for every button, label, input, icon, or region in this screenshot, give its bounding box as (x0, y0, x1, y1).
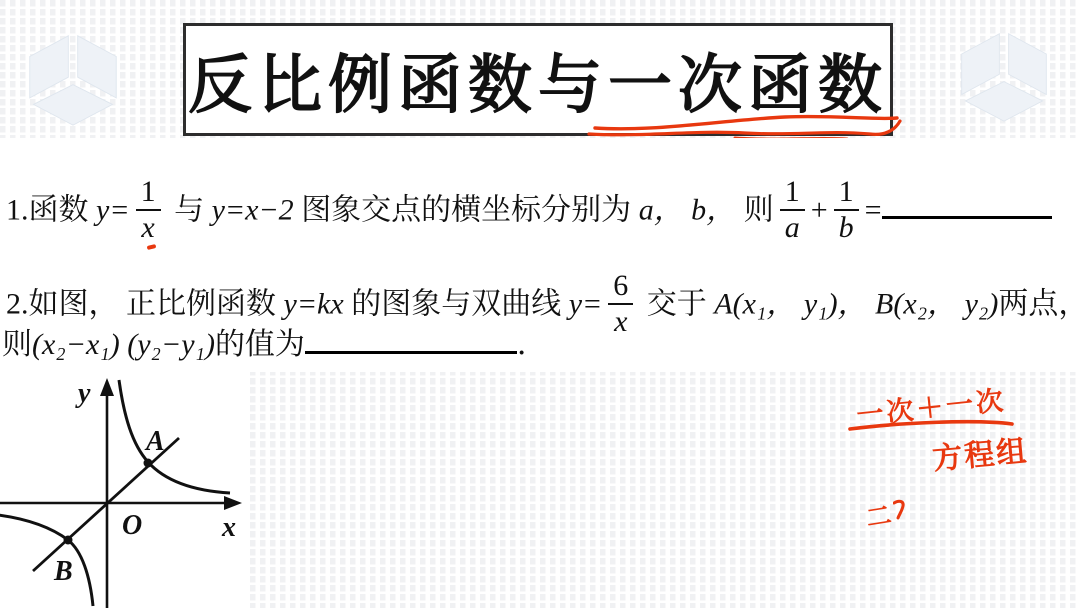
cube-icon (958, 26, 1050, 128)
math-product-expression: (x₂−x₁) (y₂−y₁) (32, 328, 215, 361)
problem-1-number-text: 1.函数 (6, 193, 89, 226)
math-y-equals: y= (569, 287, 603, 320)
problem-2-text: 两点， (998, 287, 1080, 320)
math-points-a-b: A(x₁， y₁)， B(x₂， y₂) (714, 287, 998, 320)
graph-figure: y x O A B (0, 372, 250, 608)
fraction-1-over-a: 1a (780, 175, 805, 244)
problem-2-line-2: 则(x₂−x₁) (y₂−y₁)的值为． (2, 326, 547, 364)
problem-1-text: 图象交点的横坐标分别为 (301, 193, 631, 226)
problem-1-text: 与 (174, 193, 204, 226)
answer-blank-problem-1 (882, 216, 1052, 219)
handwriting-two: 二 (863, 495, 893, 534)
math-y-equals: y= (96, 193, 130, 226)
point-a-dot (144, 459, 153, 468)
problem-text-area: 1.函数 y=1x 与 y=x−2 图象交点的横坐标分别为 a， b， 则1a+… (0, 138, 1080, 372)
math-y-equals-kx: y=kx (284, 287, 344, 320)
period-text: ． (517, 328, 547, 361)
math-a-b: a， b， (639, 193, 737, 226)
cube-icon (26, 28, 120, 132)
handwriting-equation-system: 方程组 (930, 426, 1029, 478)
y-axis-label: y (75, 378, 91, 409)
problem-2-text: 则 (2, 328, 32, 361)
problem-1-line: 1.函数 y=1x 与 y=x−2 图象交点的横坐标分别为 a， b， 则1a+… (6, 178, 1052, 247)
answer-blank-problem-2 (305, 351, 517, 354)
x-axis-arrow-icon (224, 496, 242, 510)
fraction-1-over-b: 1b (834, 175, 859, 244)
fraction-1-over-x: 1x (136, 175, 161, 244)
x-axis-label: x (221, 512, 236, 543)
handwriting-hook-icon (893, 499, 907, 521)
point-b-label: B (53, 556, 73, 587)
origin-label: O (122, 510, 142, 541)
point-a-label: A (144, 426, 165, 457)
math-y-equals-x-minus-2: y=x−2 (212, 193, 294, 226)
problem-2-text: 交于 (647, 287, 707, 320)
fraction-6-over-x: 6x (608, 269, 633, 338)
problem-2-text: 的图象与双曲线 (351, 287, 561, 320)
problem-2-text: 的值为 (215, 328, 305, 361)
point-b-dot (64, 536, 73, 545)
plus-sign: + (811, 193, 828, 226)
problem-1-text: 则 (744, 193, 774, 226)
problem-2-number-text: 2.如图， 正比例函数 (6, 287, 276, 320)
equals-sign: = (865, 193, 882, 226)
slide-background: { "title": { "text": "反比例函数与一次函数" }, "pr… (0, 0, 1080, 608)
y-axis-arrow-icon (100, 378, 114, 396)
